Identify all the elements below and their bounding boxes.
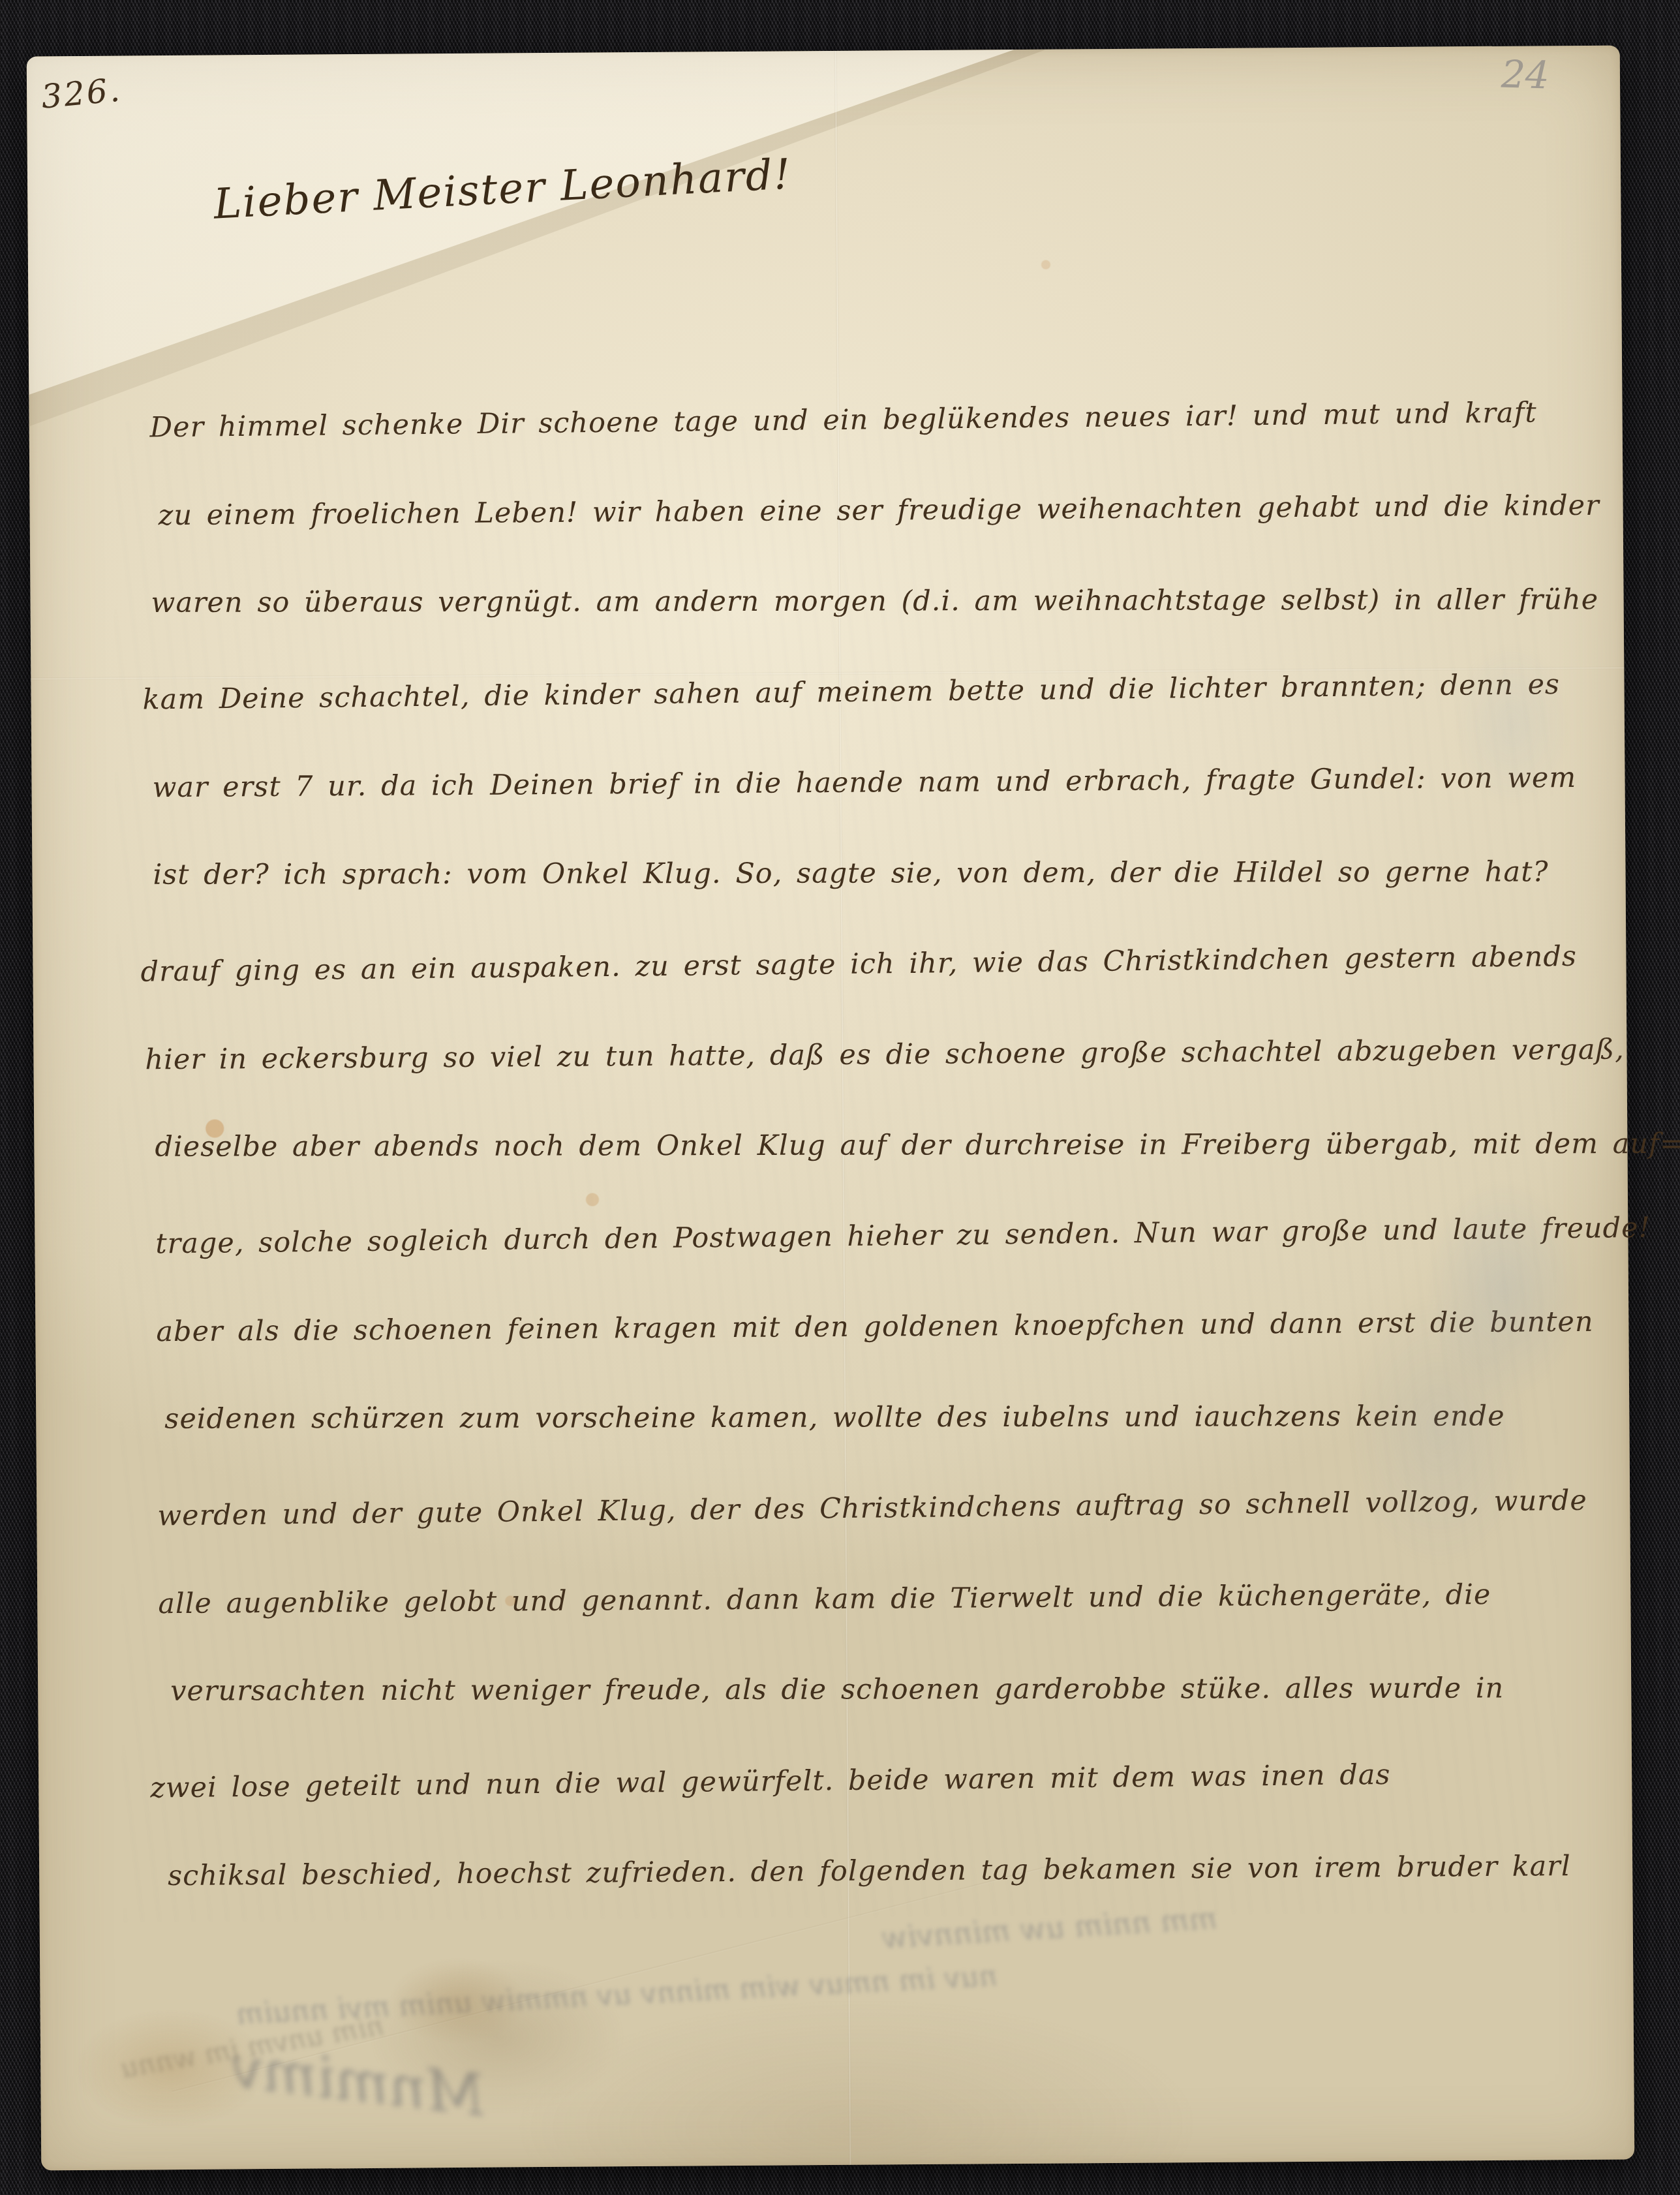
letter-line: dieselbe aber abends noch dem Onkel Klug… [155,1130,1590,1161]
letter-line: trage, solche sogleich durch den Postwag… [155,1215,1591,1259]
letter-line: zwei lose geteilt und nun die wal gewürf… [150,1759,1595,1803]
letter-line: seidenen schürzen zum vorscheine kamen, … [164,1402,1592,1434]
letter-line: Der himmel schenke Dir schoene tage und … [149,399,1585,442]
show-through-line: Mnmimv [227,2033,489,2129]
letter-page: 326. 24 Lieber Meister Leonhard! Der him… [27,46,1635,2171]
letter-line: zu einem froelichen Leben! wir haben ein… [158,492,1585,530]
letter-salutation: Lieber Meister Leonhard! [213,150,793,228]
letter-line: ist der? ich sprach: vom Onkel Klug. So,… [153,858,1588,889]
letter-line: waren so überaus vergnügt. am andern mor… [151,586,1587,617]
archive-number: 326. [40,70,123,115]
letter-line: war erst 7 ur. da ich Deinen brief in di… [152,764,1587,802]
letter-line: aber als die schoenen feinen kragen mit … [156,1308,1591,1346]
letter-line: kam Deine schachtel, die kinder sahen au… [142,671,1587,714]
letter-line: hier in eckersburg so viel zu tun hatte,… [145,1036,1589,1074]
letter-line: drauf ging es an ein auspaken. zu erst s… [140,943,1589,987]
letter-body: Der himmel schenke Dir schoene tage und … [150,401,1596,1953]
letter-line: alle augenblike gelobt und genannt. dann… [158,1580,1593,1618]
letter-line: schiksal beschied, hoechst zufrieden. de… [168,1852,1595,1890]
letter-line: werden und der gute Onkel Klug, der des … [157,1487,1593,1531]
letter-line: verursachten nicht weniger freude, als d… [170,1674,1594,1706]
scan-background-fabric: 326. 24 Lieber Meister Leonhard! Der him… [0,0,1680,2195]
folio-number-pencil: 24 [1501,52,1550,98]
